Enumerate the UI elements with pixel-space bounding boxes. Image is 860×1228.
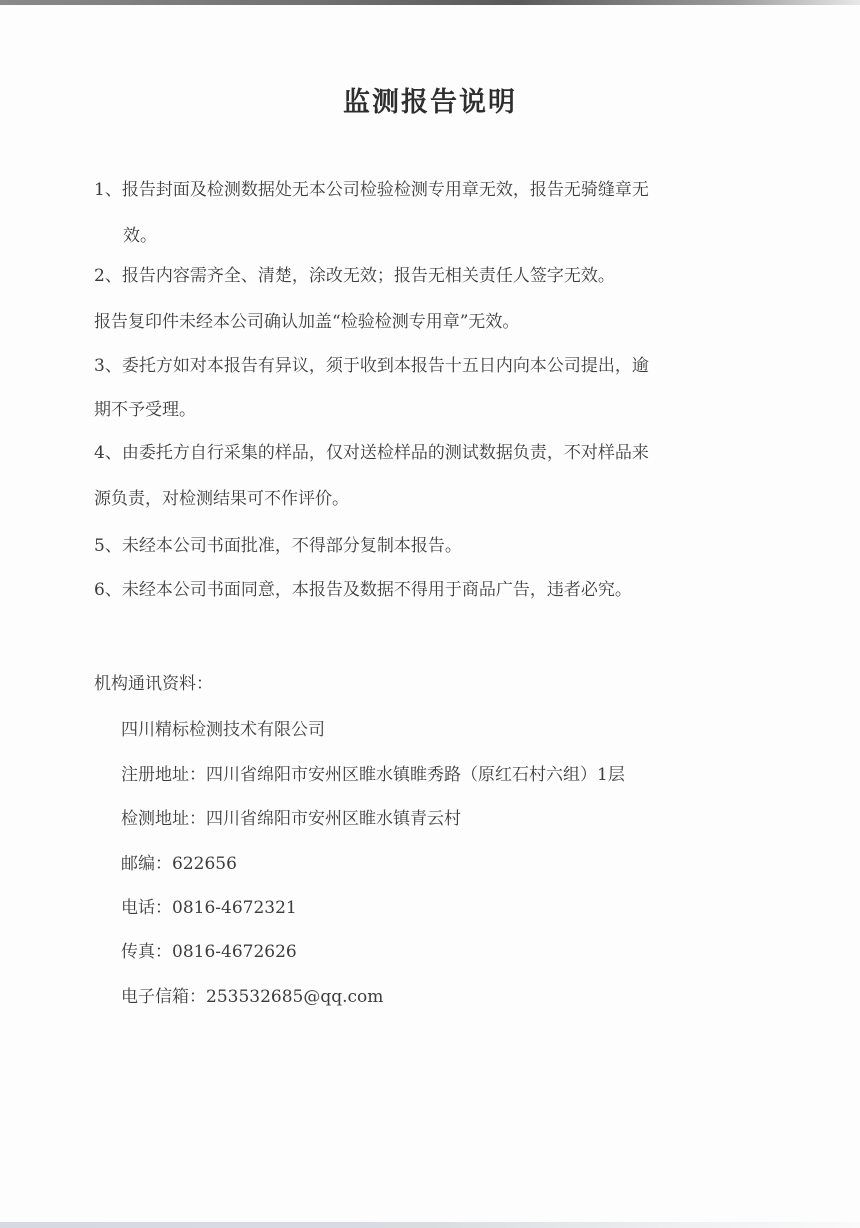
note-6: 6、未经本公司书面同意，本报告及数据不得用于商品广告，违者必究。 bbox=[94, 580, 632, 600]
note-3-line-1: 3、委托方如对本报告有异议，须于收到本报告十五日内向本公司提出，逾 bbox=[94, 356, 649, 376]
scan-edge-top bbox=[0, 0, 860, 5]
registered-address: 注册地址：四川省绵阳市安州区睢水镇睢秀路（原红石村六组）1层 bbox=[121, 765, 625, 785]
note-1-line-1: 1、报告封面及检测数据处无本公司检验检测专用章无效，报告无骑缝章无 bbox=[94, 180, 649, 200]
note-5: 5、未经本公司书面批准，不得部分复制本报告。 bbox=[94, 536, 462, 556]
fax: 传真：0816-4672626 bbox=[121, 942, 297, 962]
note-4-line-1: 4、由委托方自行采集的样品，仅对送检样品的测试数据负责，不对样品来 bbox=[94, 443, 649, 463]
contact-heading: 机构通讯资料： bbox=[94, 674, 213, 694]
note-4-line-2: 源负责，对检测结果可不作评价。 bbox=[94, 489, 349, 509]
note-2-line-2: 报告复印件未经本公司确认加盖“检验检测专用章”无效。 bbox=[94, 312, 519, 332]
email: 电子信箱：253532685@qq.com bbox=[121, 987, 383, 1007]
scan-edge-bottom bbox=[0, 1222, 860, 1228]
company-name: 四川精标检测技术有限公司 bbox=[121, 720, 325, 740]
phone: 电话：0816-4672321 bbox=[121, 898, 297, 918]
note-2-line-1: 2、报告内容需齐全、清楚，涂改无效；报告无相关责任人签字无效。 bbox=[94, 266, 615, 286]
note-1-line-2: 效。 bbox=[123, 226, 157, 246]
page-title: 监测报告说明 bbox=[0, 80, 860, 119]
postcode: 邮编：622656 bbox=[121, 854, 237, 874]
testing-address: 检测地址：四川省绵阳市安州区睢水镇青云村 bbox=[121, 809, 461, 829]
note-3-line-2: 期不予受理。 bbox=[94, 400, 196, 420]
